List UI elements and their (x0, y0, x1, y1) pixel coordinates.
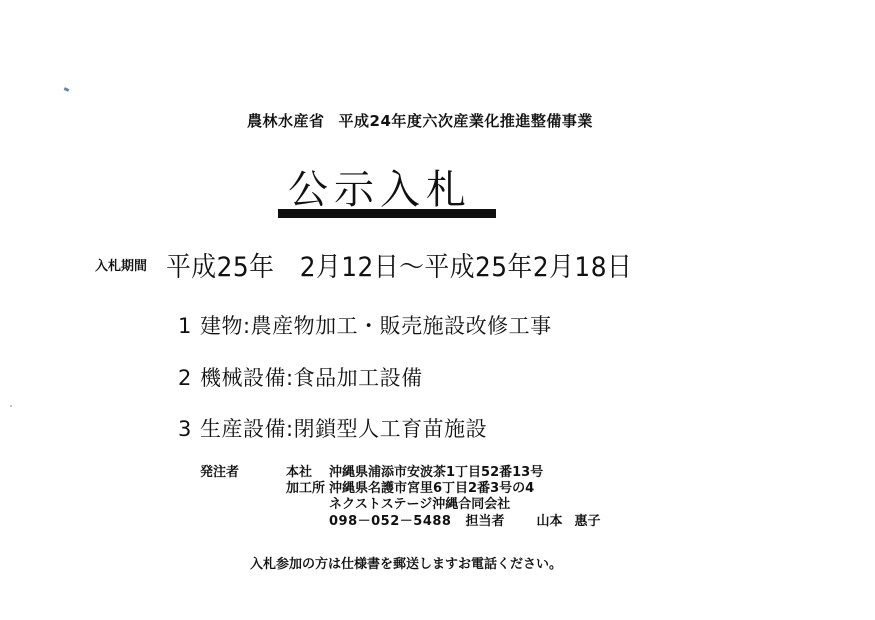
item-colon: : (243, 314, 251, 338)
contact-line: 098－052－5488担当者山本惠子 (329, 510, 601, 529)
bid-period-separator: ～ (399, 252, 424, 283)
factory-label: 加工所 (286, 477, 325, 496)
item-number: 2 (178, 366, 200, 390)
bid-item: 3生産設備:閉鎖型人工育苗施設 (178, 413, 487, 443)
footer-note: 入札参加の方は仕様書を郵送しますお電話ください。 (250, 553, 562, 572)
contact-surname: 山本 (536, 514, 562, 529)
ministry-name: 農林水産省 (247, 112, 325, 130)
bid-item: 1建物:農産物加工・販売施設改修工事 (178, 310, 552, 340)
item-colon: : (286, 417, 294, 441)
orderer-label: 発注者 (200, 461, 239, 480)
phone-number: 098－052－5488 (329, 514, 451, 529)
bid-period-label: 入札期間 (95, 255, 147, 274)
document-header: 農林水産省平成24年度六次産業化推進整備事業 (247, 110, 593, 131)
item-number: 1 (178, 314, 200, 338)
contact-given-name: 惠子 (575, 514, 601, 529)
item-detail: 農産物加工・販売施設改修工事 (251, 314, 552, 338)
item-category: 生産設備 (200, 417, 286, 441)
item-detail: 閉鎖型人工育苗施設 (294, 417, 488, 441)
program-name: 平成24年度六次産業化推進整備事業 (339, 112, 593, 130)
contact-person-label: 担当者 (465, 514, 504, 529)
item-number: 3 (178, 417, 200, 441)
bid-period-value: 平成25年 2月12日～平成25年2月18日 (166, 245, 632, 284)
page-title: 公示入札 (288, 158, 472, 215)
item-category: 建物 (200, 314, 243, 338)
item-category: 機械設備 (200, 366, 286, 390)
item-colon: : (286, 366, 294, 390)
scan-speck (64, 87, 70, 92)
contact-person-name: 山本惠子 (536, 514, 600, 529)
scan-speck (10, 405, 12, 407)
bid-period-end: 平成25年2月18日 (424, 252, 632, 283)
bid-period-start: 平成25年 2月12日 (166, 252, 399, 283)
bid-item: 2機械設備:食品加工設備 (178, 362, 423, 392)
title-underline (278, 209, 496, 218)
item-detail: 食品加工設備 (294, 366, 423, 390)
